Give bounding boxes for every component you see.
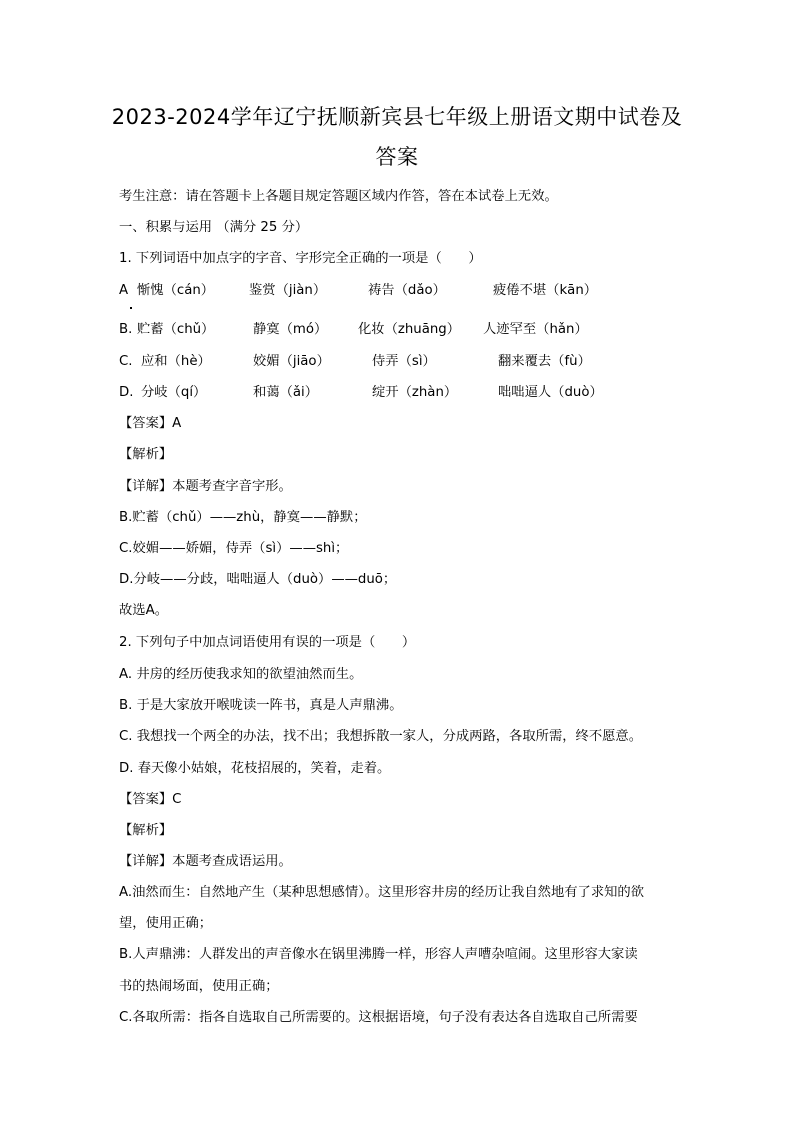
document-page: 2023-2024学年辽宁抚顺新宾县七年级上册语文期中试卷及 答案 考生注意：请… bbox=[0, 0, 794, 1123]
question-2-option-d: D. 春天像小姑娘，花枝招展的，笑着，走着。 bbox=[119, 761, 390, 777]
question-1-stem: 1. 下列词语中加点字的字音、字形完全正确的一项是（ ） bbox=[119, 251, 482, 267]
question-2-option-b: B. 于是大家放开喉咙读一阵书，真是人声鼎沸。 bbox=[119, 698, 403, 714]
question-2-stem: 2. 下列句子中加点词语使用有误的一项是（ ） bbox=[119, 635, 415, 651]
question-1-detail: 【详解】本题考查字音字形。 bbox=[119, 479, 292, 495]
question-1-option-b: B. 贮蓄（chǔ） 静寞（mó） 化妆（zhuāng） 人迹罕至（hǎn） bbox=[119, 322, 679, 338]
question-1-explanation-c: C.姣媚——娇媚，侍弄（sì）——shì； bbox=[119, 541, 348, 557]
question-1-answer: 【答案】A bbox=[119, 416, 181, 432]
document-title-line-1: 2023-2024学年辽宁抚顺新宾县七年级上册语文期中试卷及 bbox=[100, 105, 694, 129]
question-1-option-d: D. 分岐（qí） 和蔼（ǎi） 绽开（zhàn） 咄咄逼人（duò） bbox=[119, 385, 679, 401]
option-item: 静寞（mó） bbox=[253, 322, 327, 338]
question-1-option-a: A 惭愧（cán） 鉴赏（jiàn） 祷告（dǎo） 疲倦不堪（kān） bbox=[119, 283, 679, 299]
option-item: 疲倦不堪（kān） bbox=[493, 283, 597, 299]
option-label: B. bbox=[119, 322, 132, 338]
document-title-line-2: 答案 bbox=[100, 145, 694, 169]
question-2-option-c: C. 我想找一个两全的办法，找不出；我想拆散一家人，分成两路，各取所需，终不愿意… bbox=[119, 729, 642, 745]
option-item: 咄咄逼人（duò） bbox=[498, 385, 603, 401]
question-2-explanation-line: B.人声鼎沸：人群发出的声音像水在锅里沸腾一样，形容人声嘈杂喧闹。这里形容大家读 bbox=[119, 947, 638, 963]
option-item: 绽开（zhàn） bbox=[372, 385, 457, 401]
option-item: 应和（hè） bbox=[141, 354, 211, 370]
option-label: D. bbox=[119, 385, 133, 401]
option-item: 姣媚（jiāo） bbox=[253, 354, 330, 370]
option-label: A bbox=[119, 283, 128, 299]
section-heading: 一、积累与运用 （满分 25 分） bbox=[119, 220, 308, 236]
question-2-option-a: A. 井房的经历使我求知的欲望油然而生。 bbox=[119, 667, 362, 683]
exam-notice: 考生注意：请在答题卡上各题目规定答题区域内作答，答在本试卷上无效。 bbox=[119, 189, 558, 205]
option-item: 和蔼（ǎi） bbox=[253, 385, 318, 401]
option-item: 分岐（qí） bbox=[141, 385, 206, 401]
question-1-option-c: C. 应和（hè） 姣媚（jiāo） 侍弄（sì） 翻来覆去（fù） bbox=[119, 354, 679, 370]
question-2-explanation-line: 望，使用正确； bbox=[119, 916, 212, 932]
emphasis-dot-icon bbox=[130, 307, 132, 309]
question-2-explanation-line: 书的热闹场面，使用正确； bbox=[119, 979, 279, 995]
option-item: 祷告（dǎo） bbox=[368, 283, 446, 299]
question-1-analysis-label: 【解析】 bbox=[119, 447, 172, 463]
question-2-explanation-line: A.油然而生：自然地产生（某种思想感情）。这里形容井房的经历让我自然地有了求知的… bbox=[119, 885, 644, 901]
option-label: C. bbox=[119, 354, 133, 370]
option-item: 人迹罕至（hǎn） bbox=[483, 322, 588, 338]
question-2-analysis-label: 【解析】 bbox=[119, 823, 172, 839]
question-2-answer: 【答案】C bbox=[119, 792, 181, 808]
option-item: 侍弄（sì） bbox=[372, 354, 436, 370]
question-1-explanation-b: B.贮蓄（chǔ）——zhù，静寞——静默； bbox=[119, 510, 367, 526]
question-2-explanation-line: C.各取所需：指各自选取自己所需要的。这根据语境，句子没有表达各自选取自己所需要 bbox=[119, 1010, 638, 1026]
option-item: 贮蓄（chǔ） bbox=[137, 322, 214, 338]
option-item: 惭愧（cán） bbox=[137, 283, 214, 299]
option-item: 鉴赏（jiàn） bbox=[249, 283, 326, 299]
option-item: 化妆（zhuāng） bbox=[358, 322, 460, 338]
question-1-conclusion: 故选A。 bbox=[119, 603, 168, 619]
option-item: 翻来覆去（fù） bbox=[498, 354, 591, 370]
question-1-explanation-d: D.分岐——分歧，咄咄逼人（duò）——duō； bbox=[119, 572, 396, 588]
question-2-detail: 【详解】本题考查成语运用。 bbox=[119, 854, 292, 870]
